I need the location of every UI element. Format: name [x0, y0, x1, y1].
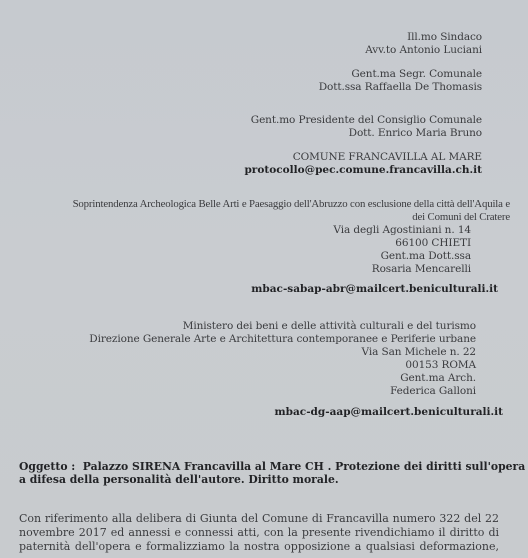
body-line-3: paternità dell'opera e formalizziamo la …	[19, 540, 499, 554]
recipient-sindaco-title: Ill.mo Sindaco	[407, 31, 482, 43]
recipient-ministero-email[interactable]: mbac-dg-aap@mailcert.beniculturali.it	[275, 406, 503, 418]
recipient-soprintendenza-email[interactable]: mbac-sabap-abr@mailcert.beniculturali.it	[251, 283, 498, 295]
recipient-soprintendenza-person: Rosaria Mencarelli	[372, 263, 471, 275]
recipient-ministero-directorate: Direzione Generale Arte e Architettura c…	[89, 333, 476, 345]
letter-body: Con riferimento alla delibera di Giunta …	[19, 512, 499, 554]
recipient-ministero-name: Ministero dei beni e delle attività cult…	[183, 320, 476, 332]
body-line-1: Con riferimento alla delibera di Giunta …	[19, 512, 499, 526]
recipient-soprintendenza-salutation: Gent.ma Dott.ssa	[381, 250, 471, 262]
recipient-comune-name: COMUNE FRANCAVILLA AL MARE	[293, 151, 482, 163]
body-line-2: novembre 2017 ed annessi e connessi atti…	[19, 526, 499, 540]
recipient-soprintendenza-street: Via degli Agostiniani n. 14	[333, 224, 471, 236]
recipient-presidente-title: Gent.mo Presidente del Consiglio Comunal…	[251, 114, 482, 126]
recipient-comune-email[interactable]: protocollo@pec.comune.francavilla.ch.it	[244, 164, 482, 176]
subject-line-2: a difesa della personalità dell'autore. …	[19, 473, 509, 486]
recipient-ministero-city: 00153 ROMA	[405, 359, 476, 371]
recipient-segretario-name: Dott.ssa Raffaella De Thomasis	[319, 81, 482, 93]
subject-line-1: Oggetto : Palazzo SIRENA Francavilla al …	[19, 460, 509, 473]
recipient-ministero-salutation: Gent.ma Arch.	[400, 372, 476, 384]
recipient-soprintendenza-name-cont: dei Comuni del Cratere	[412, 211, 510, 223]
recipient-ministero-street: Via San Michele n. 22	[362, 346, 476, 358]
letter-page: Ill.mo Sindaco Avv.to Antonio Luciani Ge…	[0, 0, 528, 558]
recipient-segretario-title: Gent.ma Segr. Comunale	[351, 68, 482, 80]
recipient-soprintendenza-name: Soprintendenza Archeologica Belle Arti e…	[73, 198, 510, 210]
recipient-sindaco-name: Avv.to Antonio Luciani	[365, 44, 482, 56]
recipient-soprintendenza-city: 66100 CHIETI	[395, 237, 471, 249]
recipient-presidente-name: Dott. Enrico Maria Bruno	[349, 127, 482, 139]
recipient-ministero-person: Federica Galloni	[390, 385, 476, 397]
subject: Oggetto : Palazzo SIRENA Francavilla al …	[19, 460, 509, 486]
